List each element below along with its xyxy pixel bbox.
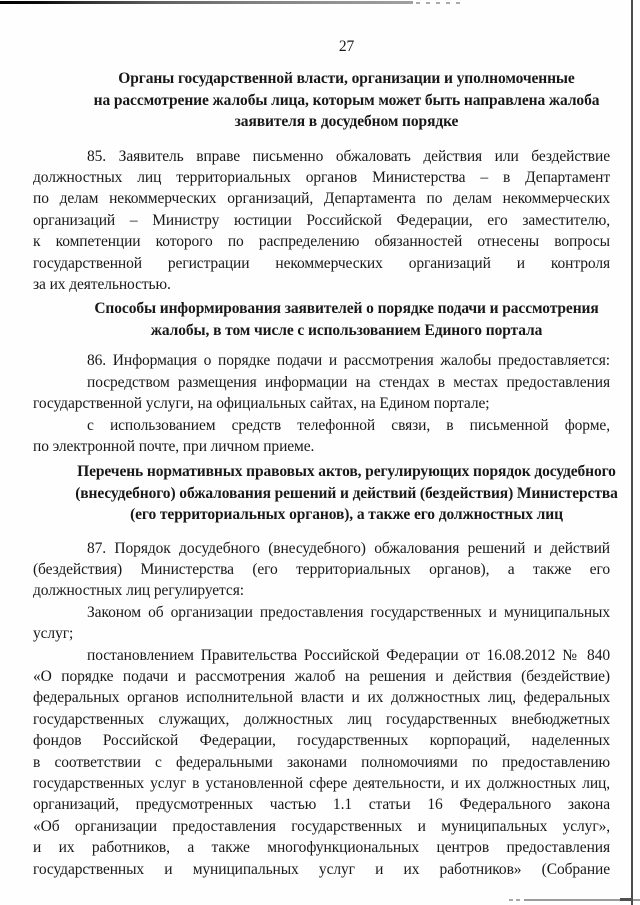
paragraph-line: посредством размещения информации на сте…	[33, 372, 610, 393]
paragraph-line: Законом об организации предоставления го…	[33, 602, 610, 623]
paragraph-line: государственных услуг в установленной сф…	[33, 773, 610, 794]
document-sections: Органы государственной власти, организац…	[33, 68, 610, 880]
document-page: 27 Органы государственной власти, органи…	[0, 0, 640, 905]
paragraph-line: 87. Порядок досудебного (внесудебного) о…	[33, 538, 610, 559]
heading-line: на рассмотрение жалобы лица, которым мож…	[58, 90, 635, 111]
paragraph-line: в соответствии с федеральными законами п…	[33, 752, 610, 773]
scan-artifact-bottom-dots	[509, 899, 513, 901]
paragraph-line: государственных служащих, должностных ли…	[33, 709, 610, 730]
heading-line: заявителя в досудебном порядке	[58, 111, 635, 132]
document-content: 27 Органы государственной власти, органи…	[33, 0, 610, 880]
paragraph-line: (бездействия) Министерства (его территор…	[33, 559, 610, 580]
paragraph-line: «О порядке подачи и рассмотрения жалоб н…	[33, 666, 610, 687]
paragraph-line: государственной регистрации некоммерческ…	[33, 253, 610, 274]
paragraph-line: и их работников, а также многофункционал…	[33, 837, 610, 858]
paragraph-85: 85. Заявитель вправе письменно обжаловат…	[33, 146, 610, 296]
paragraph-line: услуг;	[33, 623, 610, 644]
heading-authorities: Органы государственной власти, организац…	[58, 68, 635, 132]
paragraph-line: организаций, предусмотренных частью 1.1 …	[33, 794, 610, 815]
paragraph-line: фондов Российской Федерации, государстве…	[33, 730, 610, 751]
paragraph-line: постановлением Правительства Российской …	[33, 645, 610, 666]
paragraph-line: «Об организации предоставления государст…	[33, 816, 610, 837]
paragraph-line: государственных и муниципальных услуг и …	[33, 859, 610, 880]
paragraph-line: 85. Заявитель вправе письменно обжаловат…	[33, 146, 610, 167]
heading-line: Органы государственной власти, организац…	[58, 68, 635, 89]
paragraph-line: организаций – Министру юстиции Российско…	[33, 210, 610, 231]
paragraph-line: с использованием средств телефонной связ…	[33, 415, 610, 436]
paragraph-line: федеральных органов исполнительной власт…	[33, 687, 610, 708]
heading-line: жалобы, в том числе с использованием Еди…	[58, 320, 635, 341]
scan-artifact-right-edge	[631, 0, 633, 905]
heading-line: Перечень нормативных правовых актов, рег…	[58, 461, 635, 482]
heading-line: (его территориальных органов), а также е…	[58, 504, 635, 525]
paragraph-line: по делам некоммерческих организаций, Деп…	[33, 188, 610, 209]
paragraph-line: 86. Информация о порядке подачи и рассмо…	[33, 350, 610, 371]
paragraph-86: 86. Информация о порядке подачи и рассмо…	[33, 350, 610, 457]
scan-artifact-bottom-dark-segment	[620, 898, 633, 901]
heading-legal-acts: Перечень нормативных правовых актов, рег…	[58, 461, 635, 525]
heading-line: (внесудебного) обжалования решений и дей…	[58, 483, 635, 504]
paragraph-line: к компетенции которого по распределению …	[33, 231, 610, 252]
paragraph-line: должностных лиц регулируется:	[33, 580, 610, 601]
heading-informing-methods: Способы информирования заявителей о поря…	[58, 298, 635, 341]
page-number: 27	[58, 36, 635, 57]
paragraph-line: государственной услуги, на официальных с…	[33, 393, 610, 414]
paragraph-line: за их деятельностью.	[33, 274, 610, 295]
heading-line: Способы информирования заявителей о поря…	[58, 298, 635, 319]
paragraph-line: должностных лиц территориальных органов …	[33, 167, 610, 188]
paragraph-line: по электронной почте, при личном приеме.	[33, 436, 610, 457]
paragraph-87: 87. Порядок досудебного (внесудебного) о…	[33, 538, 610, 881]
